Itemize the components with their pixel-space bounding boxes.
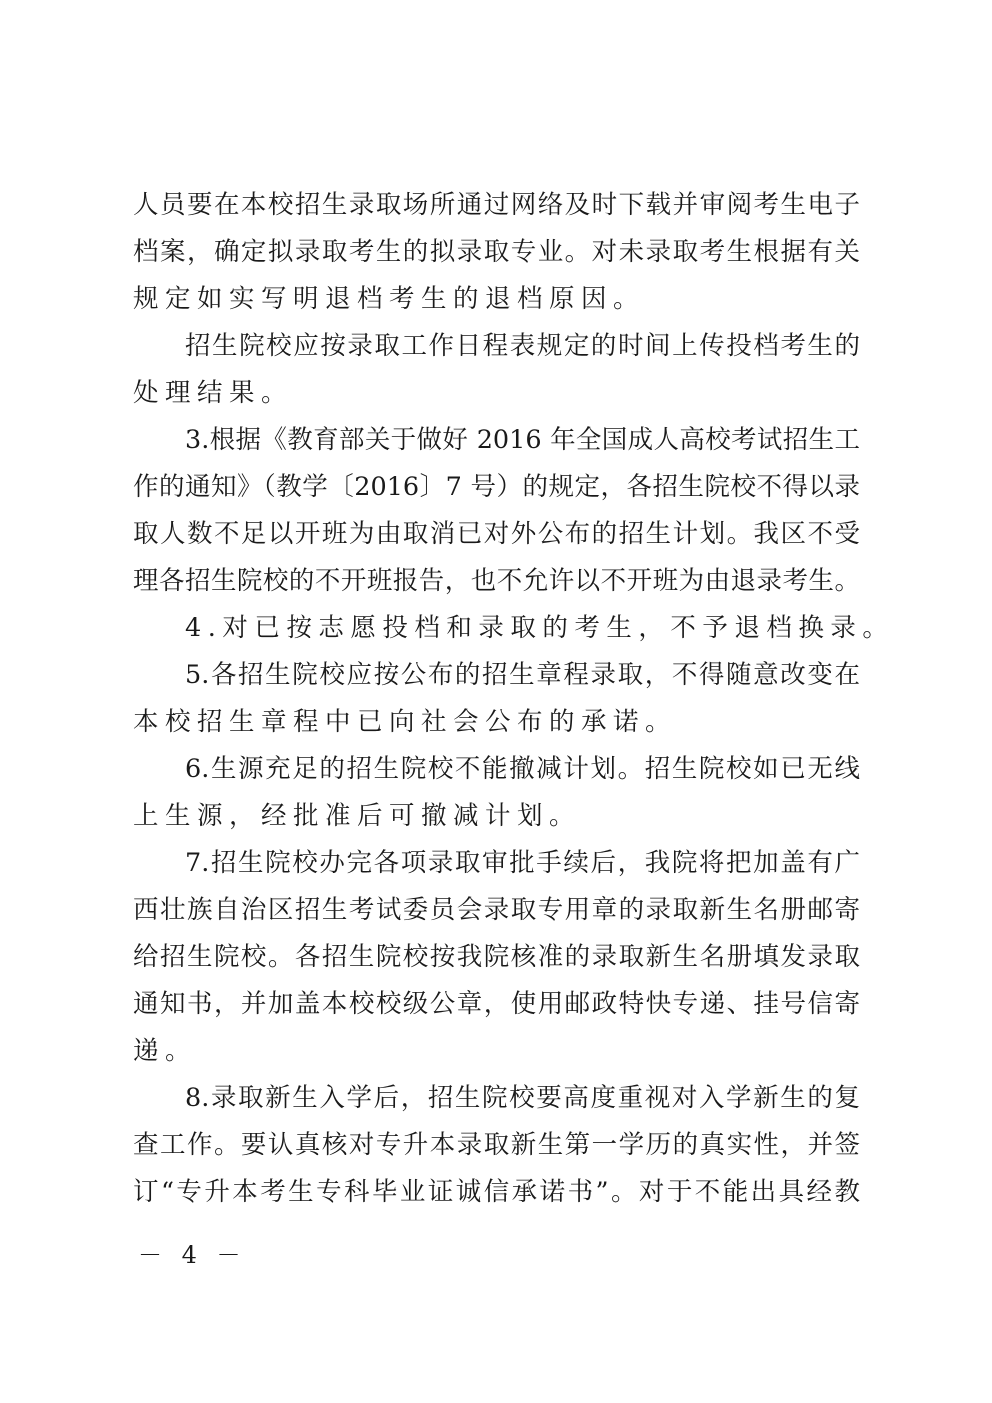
text-line: 3.根据《教育部关于做好 2016 年全国成人高校考试招生工 — [133, 417, 860, 464]
text-line: 西壮族自治区招生考试委员会录取专用章的录取新生名册邮寄 — [133, 887, 860, 934]
text-line: 招生院校应按录取工作日程表规定的时间上传投档考生的 — [133, 323, 860, 370]
text-line: 查工作。要认真核对专升本录取新生第一学历的真实性，并签 — [133, 1122, 860, 1169]
paragraph-item-8: 8.录取新生入学后，招生院校要高度重视对入学新生的复 查工作。要认真核对专升本录… — [133, 1075, 860, 1216]
text-line: 理各招生院校的不开班报告，也不允许以不开班为由退录考生。 — [133, 558, 860, 605]
paragraph-item-5: 5.各招生院校应按公布的招生章程录取，不得随意改变在 本校招生章程中已向社会公布… — [133, 652, 860, 746]
text-line: 处理结果。 — [133, 370, 860, 417]
text-line: 8.录取新生入学后，招生院校要高度重视对入学新生的复 — [133, 1075, 860, 1122]
paragraph-item-4: 4.对已按志愿投档和录取的考生，不予退档换录。 — [133, 605, 860, 652]
text-line: 5.各招生院校应按公布的招生章程录取，不得随意改变在 — [133, 652, 860, 699]
text-line: 人员要在本校招生录取场所通过网络及时下载并审阅考生电子 — [133, 182, 860, 229]
text-line: 通知书，并加盖本校校级公章，使用邮政特快专递、挂号信寄 — [133, 981, 860, 1028]
paragraph-upload: 招生院校应按录取工作日程表规定的时间上传投档考生的 处理结果。 — [133, 323, 860, 417]
paragraph-item-7: 7.招生院校办完各项录取审批手续后，我院将把加盖有广 西壮族自治区招生考试委员会… — [133, 840, 860, 1075]
text-line: 7.招生院校办完各项录取审批手续后，我院将把加盖有广 — [133, 840, 860, 887]
text-line: 取人数不足以开班为由取消已对外公布的招生计划。我区不受 — [133, 511, 860, 558]
text-line: 本校招生章程中已向社会公布的承诺。 — [133, 699, 860, 746]
paragraph-item-3: 3.根据《教育部关于做好 2016 年全国成人高校考试招生工 作的通知》（教学〔… — [133, 417, 860, 605]
text-line: 作的通知》（教学〔2016〕7 号）的规定，各招生院校不得以录 — [133, 464, 860, 511]
text-line: 给招生院校。各招生院校按我院核准的录取新生名册填发录取 — [133, 934, 860, 981]
page-number: － 4 － — [138, 1240, 247, 1270]
text-line: 上生源，经批准后可撤减计划。 — [133, 793, 860, 840]
paragraph-continuation: 人员要在本校招生录取场所通过网络及时下载并审阅考生电子 档案，确定拟录取考生的拟… — [133, 182, 860, 323]
text-line: 规定如实写明退档考生的退档原因。 — [133, 276, 860, 323]
text-line: 递。 — [133, 1028, 860, 1075]
text-line: 档案，确定拟录取考生的拟录取专业。对未录取考生根据有关 — [133, 229, 860, 276]
document-page: 人员要在本校招生录取场所通过网络及时下载并审阅考生电子 档案，确定拟录取考生的拟… — [133, 182, 860, 1216]
text-line: 6.生源充足的招生院校不能撤减计划。招生院校如已无线 — [133, 746, 860, 793]
text-line: 4.对已按志愿投档和录取的考生，不予退档换录。 — [133, 605, 860, 652]
text-line: 订“专升本考生专科毕业证诚信承诺书”。对于不能出具经教 — [133, 1169, 860, 1216]
paragraph-item-6: 6.生源充足的招生院校不能撤减计划。招生院校如已无线 上生源，经批准后可撤减计划… — [133, 746, 860, 840]
